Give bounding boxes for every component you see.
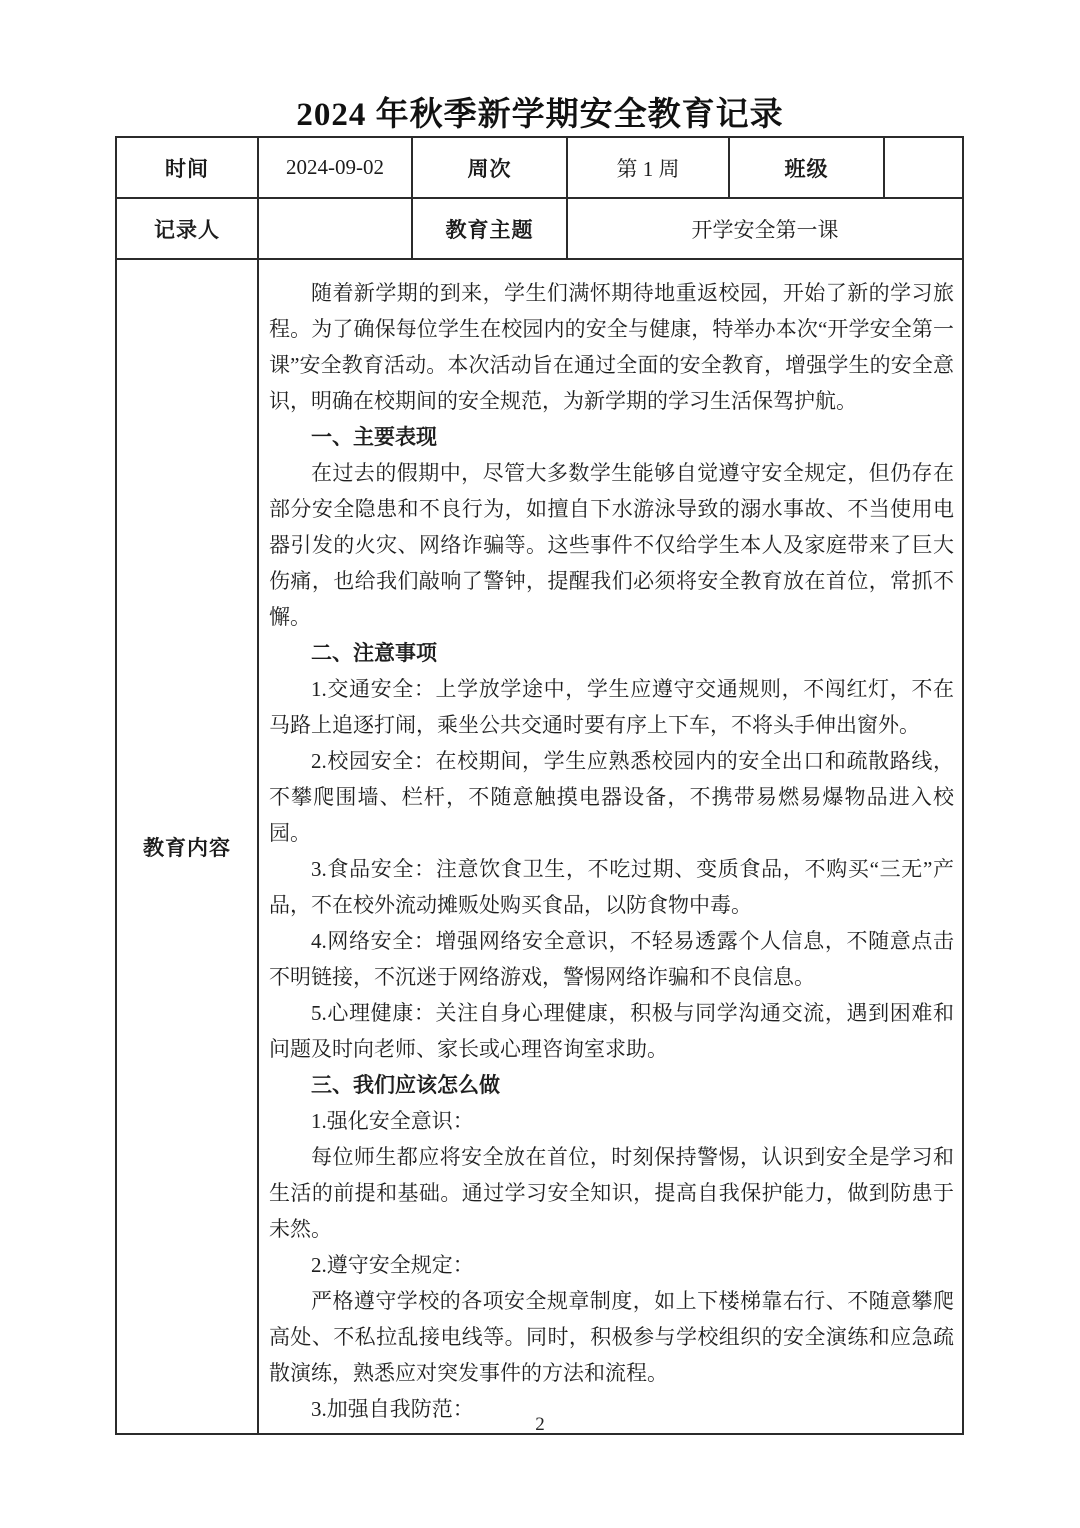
content-heading: 二、注意事项	[269, 635, 954, 671]
table-row-content: 教育内容 随着新学期的到来，学生们满怀期待地重返校园，开始了新的学习旅程。为了确…	[116, 259, 963, 1434]
content-paragraph: 1.强化安全意识：	[269, 1103, 954, 1139]
content-paragraph: 2.校园安全：在校期间，学生应熟悉校园内的安全出口和疏散路线，不攀爬围墙、栏杆，…	[269, 743, 954, 851]
content-paragraph: 严格遵守学校的各项安全规章制度，如上下楼梯靠右行、不随意攀爬高处、不私拉乱接电线…	[269, 1283, 954, 1391]
content-paragraph: 随着新学期的到来，学生们满怀期待地重返校园，开始了新的学习旅程。为了确保每位学生…	[269, 275, 954, 419]
week-label-cell: 周次	[412, 137, 567, 198]
content-paragraph: 每位师生都应将安全放在首位，时刻保持警惕，认识到安全是学习和生活的前提和基础。通…	[269, 1139, 954, 1247]
recorder-label-cell: 记录人	[116, 198, 258, 259]
content-paragraph: 5.心理健康：关注自身心理健康，积极与同学沟通交流，遇到困难和问题及时向老师、家…	[269, 995, 954, 1067]
page-number: 2	[0, 1414, 1080, 1436]
content-paragraph: 3.食品安全：注意饮食卫生，不吃过期、变质食品，不购买“三无”产品，不在校外流动…	[269, 851, 954, 923]
time-label-cell: 时间	[116, 137, 258, 198]
content-paragraph: 1.交通安全：上学放学途中，学生应遵守交通规则，不闯红灯，不在马路上追逐打闹，乘…	[269, 671, 954, 743]
recorder-value-cell	[258, 198, 412, 259]
content-body-cell: 随着新学期的到来，学生们满怀期待地重返校园，开始了新的学习旅程。为了确保每位学生…	[258, 259, 963, 1434]
time-value-cell: 2024-09-02	[258, 137, 412, 198]
content-paragraph: 4.网络安全：增强网络安全意识，不轻易透露个人信息，不随意点击不明链接，不沉迷于…	[269, 923, 954, 995]
table-row-header-1: 时间 2024-09-02 周次 第 1 周 班级	[116, 137, 963, 198]
theme-value-cell: 开学安全第一课	[567, 198, 963, 259]
content-heading: 一、主要表现	[269, 419, 954, 455]
content-paragraph: 2.遵守安全规定：	[269, 1247, 954, 1283]
theme-label-cell: 教育主题	[412, 198, 567, 259]
content-label-cell: 教育内容	[116, 259, 258, 1434]
content-heading: 三、我们应该怎么做	[269, 1067, 954, 1103]
document-page: 2024 年秋季新学期安全教育记录 时间 2024-09-02 周次 第 1 周…	[0, 0, 1080, 1528]
table-row-header-2: 记录人 教育主题 开学安全第一课	[116, 198, 963, 259]
record-table: 时间 2024-09-02 周次 第 1 周 班级 记录人 教育主题 开学安全第…	[115, 136, 964, 1435]
page-title: 2024 年秋季新学期安全教育记录	[0, 88, 1080, 135]
class-label-cell: 班级	[729, 137, 884, 198]
week-value-cell: 第 1 周	[567, 137, 729, 198]
content-paragraph: 在过去的假期中，尽管大多数学生能够自觉遵守安全规定，但仍存在部分安全隐患和不良行…	[269, 455, 954, 635]
class-value-cell	[884, 137, 963, 198]
